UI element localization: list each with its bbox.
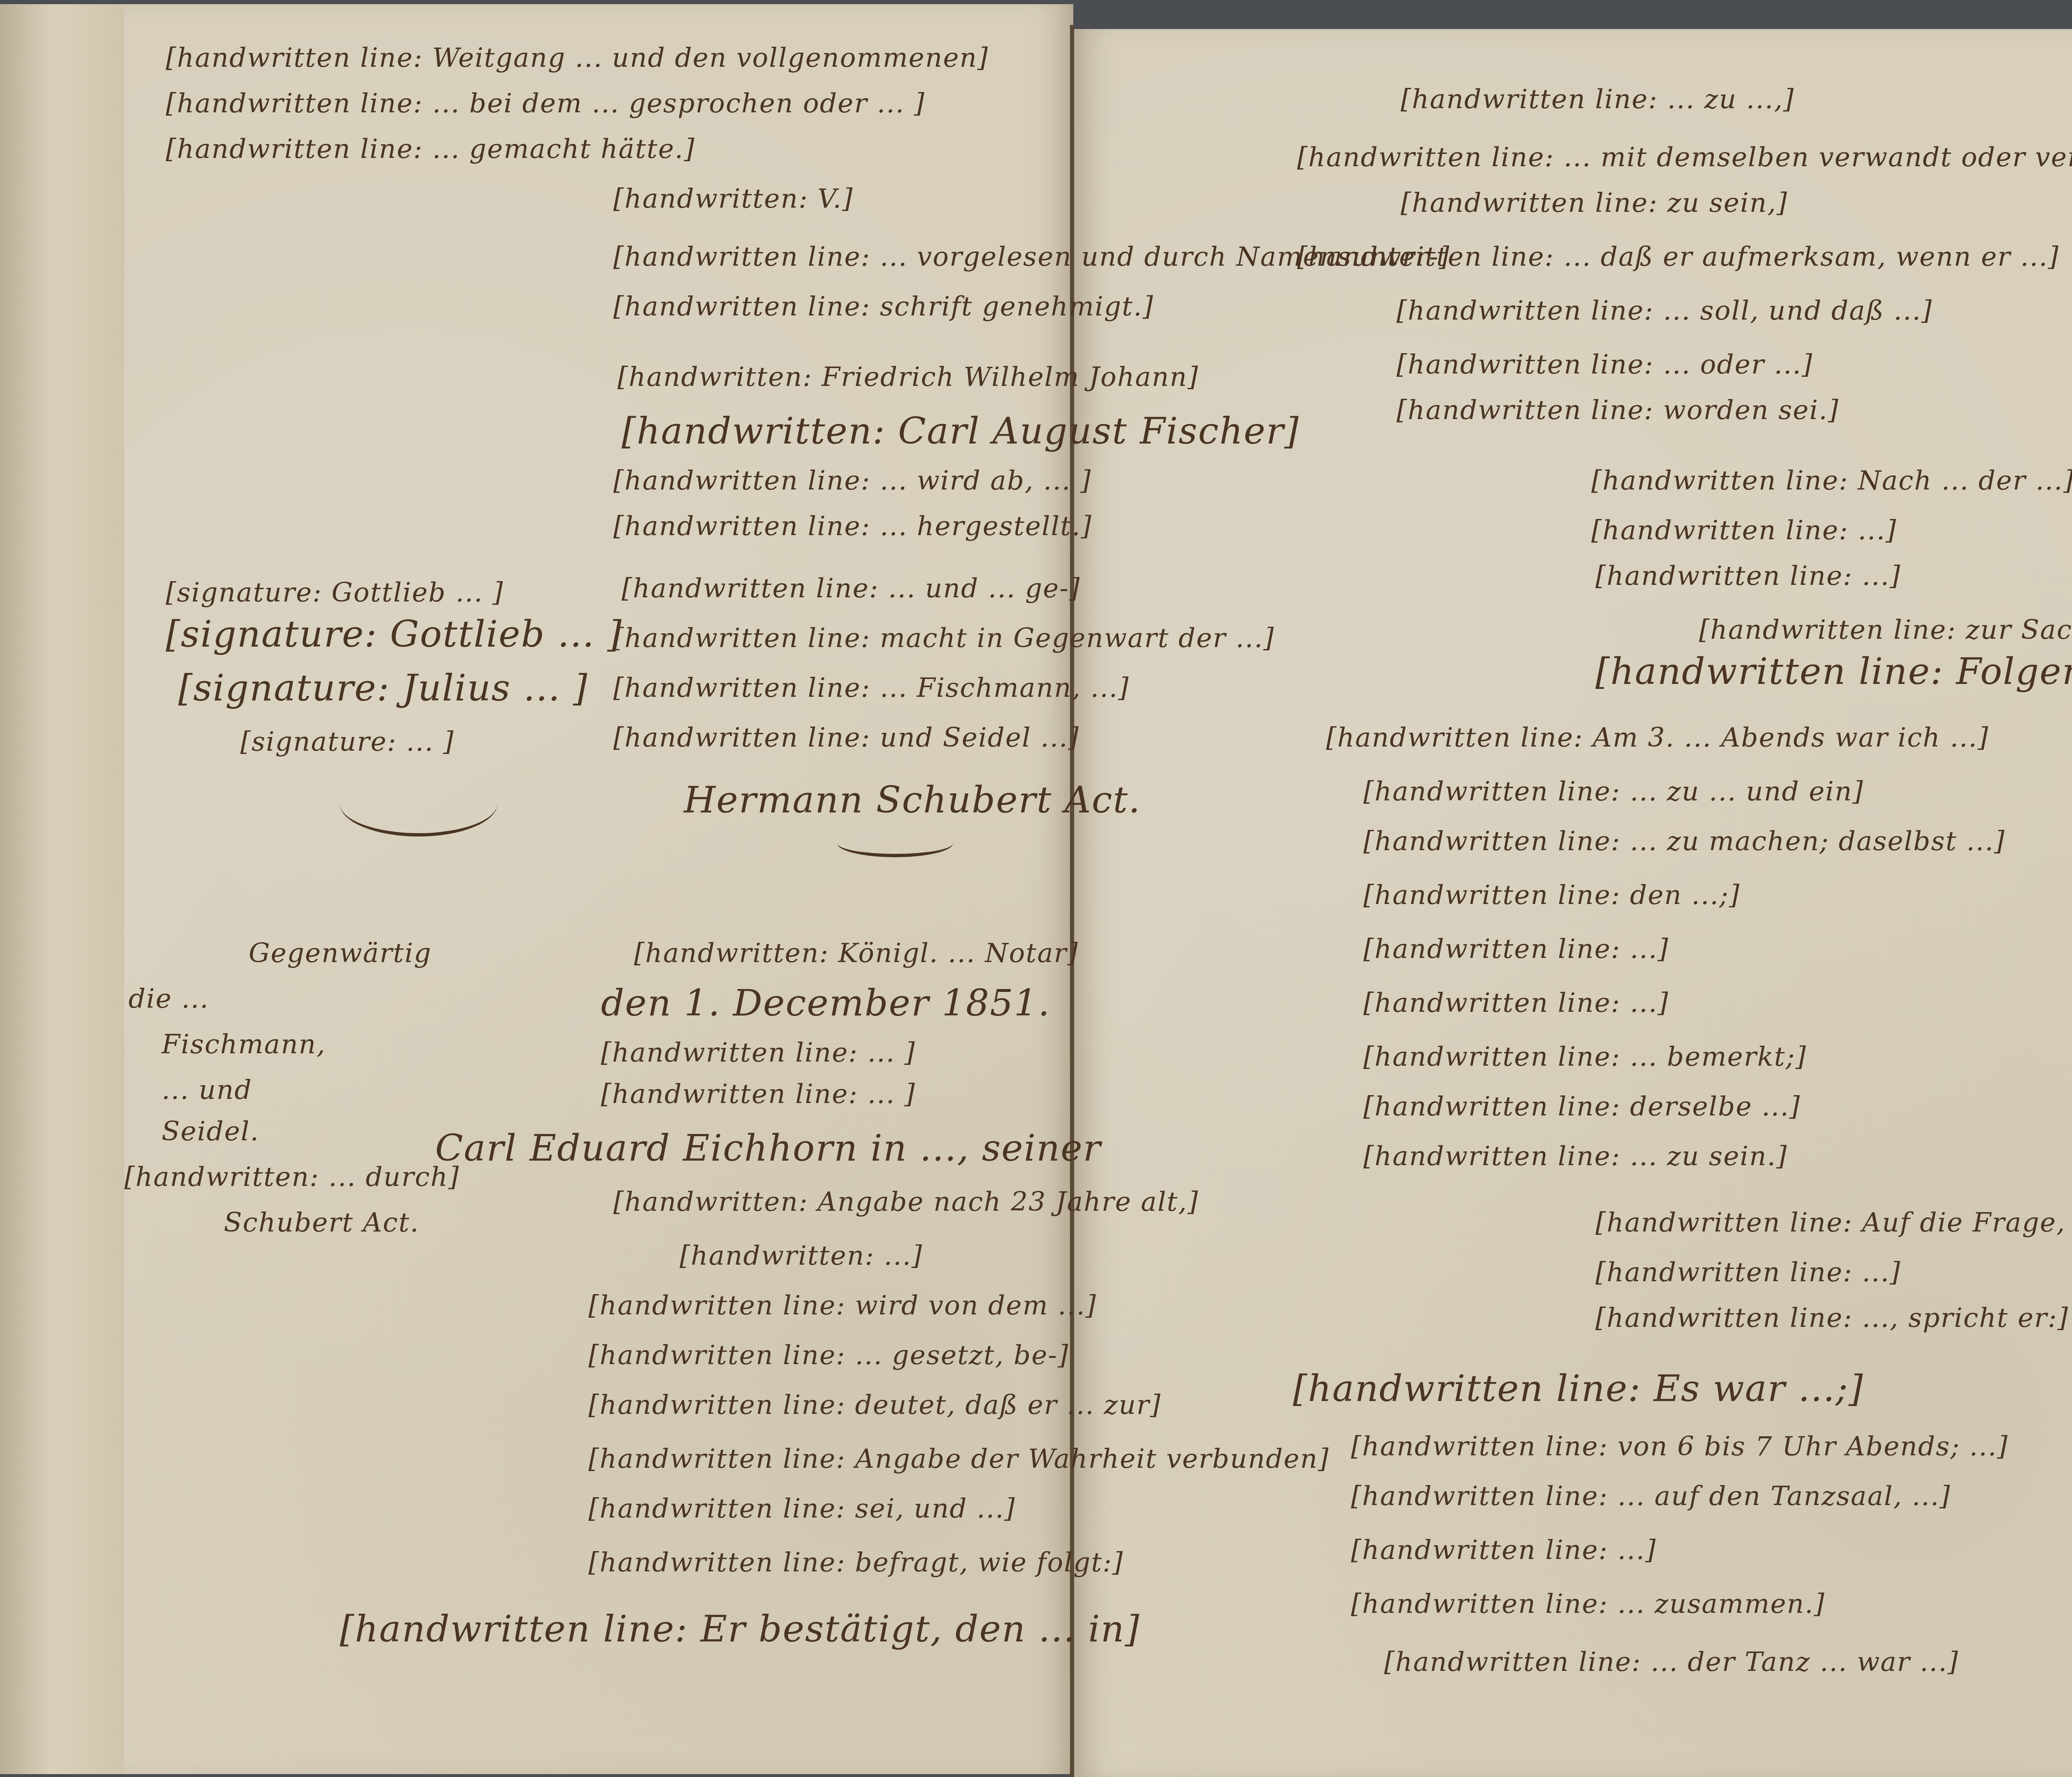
handwritten-line: [handwritten line: von 6 bis 7 Uhr Abend… <box>1351 1426 2008 1467</box>
date-line: den 1. December 1851. <box>601 982 1051 1024</box>
margin-note-line: Fischmann, <box>162 1024 326 1065</box>
handwritten-line: [handwritten line: ...] <box>1595 1252 1901 1293</box>
handwritten-line: [handwritten line: ... zu machen; daselb… <box>1363 821 2005 862</box>
handwritten-line: [handwritten line: ... zu ... und ein] <box>1363 771 1864 812</box>
handwritten-line: [handwritten line: und Seidel ...] <box>613 717 1080 759</box>
witness-signature: [signature: Julius ... ] <box>178 667 588 709</box>
handwritten-line: [handwritten line: ... zu sein.] <box>1363 1136 1788 1177</box>
handwritten-line: [handwritten line: zur Sache] <box>1699 609 2072 651</box>
margin-note-line: Schubert Act. <box>224 1202 419 1244</box>
handwritten-name: [handwritten: Friedrich Wilhelm Johann] <box>617 356 1199 398</box>
handwritten-line: [handwritten line: ... oder ...] <box>1397 344 1813 385</box>
open-book: [handwritten line: Weitgang ... und den … <box>0 0 2072 1777</box>
handwritten-line: [handwritten line: ..., spricht er:] <box>1595 1297 2069 1339</box>
handwritten-line: [handwritten line: ... soll, und daß ...… <box>1397 290 1933 332</box>
handwritten-line: [handwritten line: derselbe ...] <box>1363 1086 1801 1127</box>
handwritten-line: [handwritten line: sei, und ...] <box>588 1488 1016 1530</box>
margin-note-line: ... und <box>162 1069 252 1111</box>
handwritten-line: [handwritten line: Es war ...;] <box>1293 1368 1864 1409</box>
left-page-edges <box>0 4 129 1774</box>
handwritten-line: [handwritten line: ... bemerkt;] <box>1363 1036 1807 1078</box>
handwritten-line: [handwritten line: Am 3. ... Abends war … <box>1326 717 1989 759</box>
signature-flourish <box>340 771 497 836</box>
margin-note-line: [handwritten: ... durch] <box>124 1156 460 1198</box>
handwritten-heading: [handwritten: Königl. ... Notar] <box>634 933 1079 974</box>
margin-note-line: Seidel. <box>162 1111 259 1152</box>
margin-note-line: Gegenwärtig <box>249 933 432 974</box>
handwritten-line: [handwritten: V.] <box>613 178 853 220</box>
handwritten-line: [handwritten line: ... mit demselben ver… <box>1297 137 2072 178</box>
signature-schubert: Hermann Schubert Act. <box>684 779 1141 821</box>
handwritten-line: [handwritten line: ... gesetzt, be-] <box>588 1335 1069 1376</box>
handwritten-line: [handwritten line: ...] <box>1363 982 1669 1024</box>
signature-flourish <box>837 829 953 857</box>
handwritten-line: [handwritten line: ... hergestellt.] <box>613 506 1092 547</box>
handwritten-line: [handwritten line: ...] <box>1595 555 1901 597</box>
handwritten-line: [handwritten line: befragt, wie folgt:] <box>588 1542 1123 1583</box>
witness-signature: [signature: Gottlieb ... ] <box>166 613 622 655</box>
handwritten-line: [handwritten line: Er bestätigt, den ...… <box>340 1608 1140 1650</box>
handwritten-line: [handwritten line: Auf die Frage, ...] <box>1595 1202 2072 1244</box>
witness-signature: [signature: ... ] <box>240 721 454 763</box>
handwritten-line: [handwritten line: Angabe der Wahrheit v… <box>588 1438 1329 1480</box>
handwritten-line: [handwritten line: schrift genehmigt.] <box>613 286 1154 327</box>
handwritten-line: [handwritten line: macht in Gegenwart de… <box>613 618 1275 659</box>
handwritten-line: [handwritten line: ... zu ...,] <box>1401 79 1794 120</box>
handwritten-line: [handwritten line: ... und ... ge-] <box>622 568 1080 609</box>
handwritten-line: [handwritten line: ... Fischmann, ...] <box>613 667 1129 709</box>
handwritten-line: [handwritten line: ... bei dem ... gespr… <box>166 83 925 124</box>
handwritten-line: [handwritten line: ...] <box>1363 929 1669 970</box>
handwritten-line: [handwritten line: ... der Tanz ... war … <box>1384 1641 1959 1683</box>
handwritten-line: [handwritten: ...] <box>680 1235 923 1277</box>
handwritten-line: [handwritten line: ...] <box>1351 1530 1656 1571</box>
margin-note-line: die ... <box>128 978 209 1020</box>
handwritten-line: [handwritten line: ... ] <box>601 1032 916 1074</box>
handwritten-line: [handwritten line: den ...;] <box>1363 875 1740 916</box>
handwritten-line: [handwritten line: ... auf den Tanzsaal,… <box>1351 1476 1951 1517</box>
handwritten-line: [handwritten line: zu sein,] <box>1401 182 1788 224</box>
handwritten-line: [handwritten line: ... gemacht hätte.] <box>166 128 695 170</box>
handwritten-line: [handwritten line: wird von dem ...] <box>588 1285 1097 1326</box>
handwritten-line: [handwritten line: ... zusammen.] <box>1351 1583 1825 1625</box>
handwritten-line: [handwritten line: ... wird ab, ... ] <box>613 460 1092 502</box>
handwritten-line: [handwritten line: ... daß er aufmerksam… <box>1297 236 2059 278</box>
handwritten-line: [handwritten line: Nach ... der ...] <box>1591 460 2072 502</box>
handwritten-line: [handwritten line: deutet, daß er ... zu… <box>588 1384 1161 1426</box>
handwritten-line: [handwritten: Angabe nach 23 Jahre alt,] <box>613 1181 1199 1223</box>
handwritten-line: [handwritten line: ... ] <box>601 1074 916 1115</box>
handwritten-line: [handwritten line: Weitgang ... und den … <box>166 37 989 79</box>
handwritten-line: [handwritten line: ...] <box>1591 510 1897 551</box>
handwritten-line: [handwritten line: worden sei.] <box>1397 390 1839 431</box>
handwritten-line: [handwritten line: Folgendes:] <box>1595 651 2072 692</box>
witness-signature: [signature: Gottlieb ... ] <box>166 572 504 613</box>
handwritten-name-eichhorn: Carl Eduard Eichhorn in ..., seiner <box>435 1127 1101 1169</box>
handwritten-name: [handwritten: Carl August Fischer] <box>622 410 1300 452</box>
